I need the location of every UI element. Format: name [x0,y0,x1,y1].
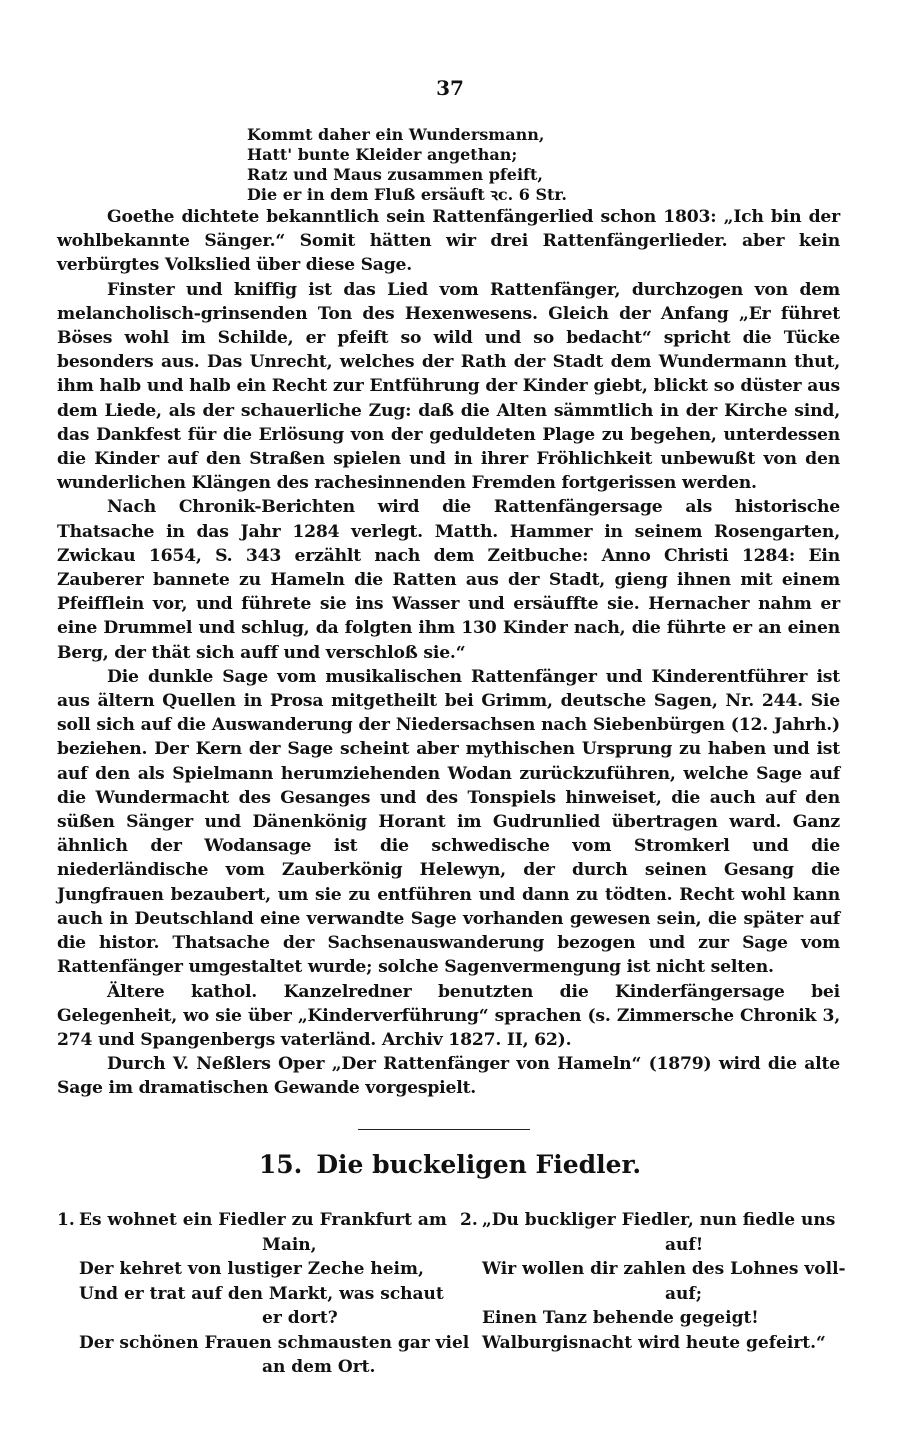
motto-line: Ratz und Maus zusammen pfeift, [247,165,567,185]
paragraph: Die dunkle Sage vom musikalischen Ratten… [57,665,840,980]
paragraph: Finster und kniffig ist das Lied vom Rat… [57,278,840,496]
motto-line: Kommt daher ein Wundersmann, [247,125,567,145]
verse-line: Einen Tanz behende gegeigt! [460,1306,855,1331]
verse-continuation: auf! [460,1233,855,1258]
verse-line: 1.Es wohnet ein Fiedler zu Frankfurt am [57,1208,452,1233]
verse-line: Walburgisnacht wird heute gefeirt.“ [460,1331,855,1356]
body-text: Goethe dichtete bekanntlich sein Rattenf… [57,205,840,1101]
verse-line: Wir wollen dir zahlen des Lohnes voll- [460,1257,855,1282]
stanza-2: 2.„Du buckliger Fiedler, nun fiedle uns … [460,1208,855,1355]
paragraph: Ältere kathol. Kanzelredner benutzten di… [57,980,840,1053]
paragraph: Nach Chronik-Berichten wird die Rattenfä… [57,495,840,664]
motto-line: Die er in dem Fluß ersäuft ꝛc. 6 Str. [247,185,567,205]
stanza-1: 1.Es wohnet ein Fiedler zu Frankfurt am … [57,1208,452,1380]
motto-verse: Kommt daher ein Wundersmann, Hatt' bunte… [247,125,567,205]
paragraph: Durch V. Neßlers Oper „Der Rattenfänger … [57,1052,840,1100]
verse-line: Der schönen Frauen schmausten gar viel [57,1331,452,1356]
stanza-number: 2. [460,1208,482,1233]
verse-continuation: an dem Ort. [57,1355,452,1380]
section-heading: 15.Die buckeligen Fiedler. [0,1150,900,1179]
section-number: 15. [259,1150,303,1179]
paragraph: Goethe dichtete bekanntlich sein Rattenf… [57,205,840,278]
motto-line: Hatt' bunte Kleider angethan; [247,145,567,165]
verse-continuation: auf; [460,1282,855,1307]
page-number: 37 [0,76,900,100]
stanza-number: 1. [57,1208,79,1233]
verse-line: Der kehret von lustiger Zeche heim, [57,1257,452,1282]
verse-continuation: Main, [57,1233,452,1258]
section-divider [358,1129,530,1130]
verse-line: 2.„Du buckliger Fiedler, nun fiedle uns [460,1208,855,1233]
section-title: Die buckeligen Fiedler. [316,1150,641,1179]
verse-continuation: er dort? [57,1306,452,1331]
verse-line: Und er trat auf den Markt, was schaut [57,1282,452,1307]
